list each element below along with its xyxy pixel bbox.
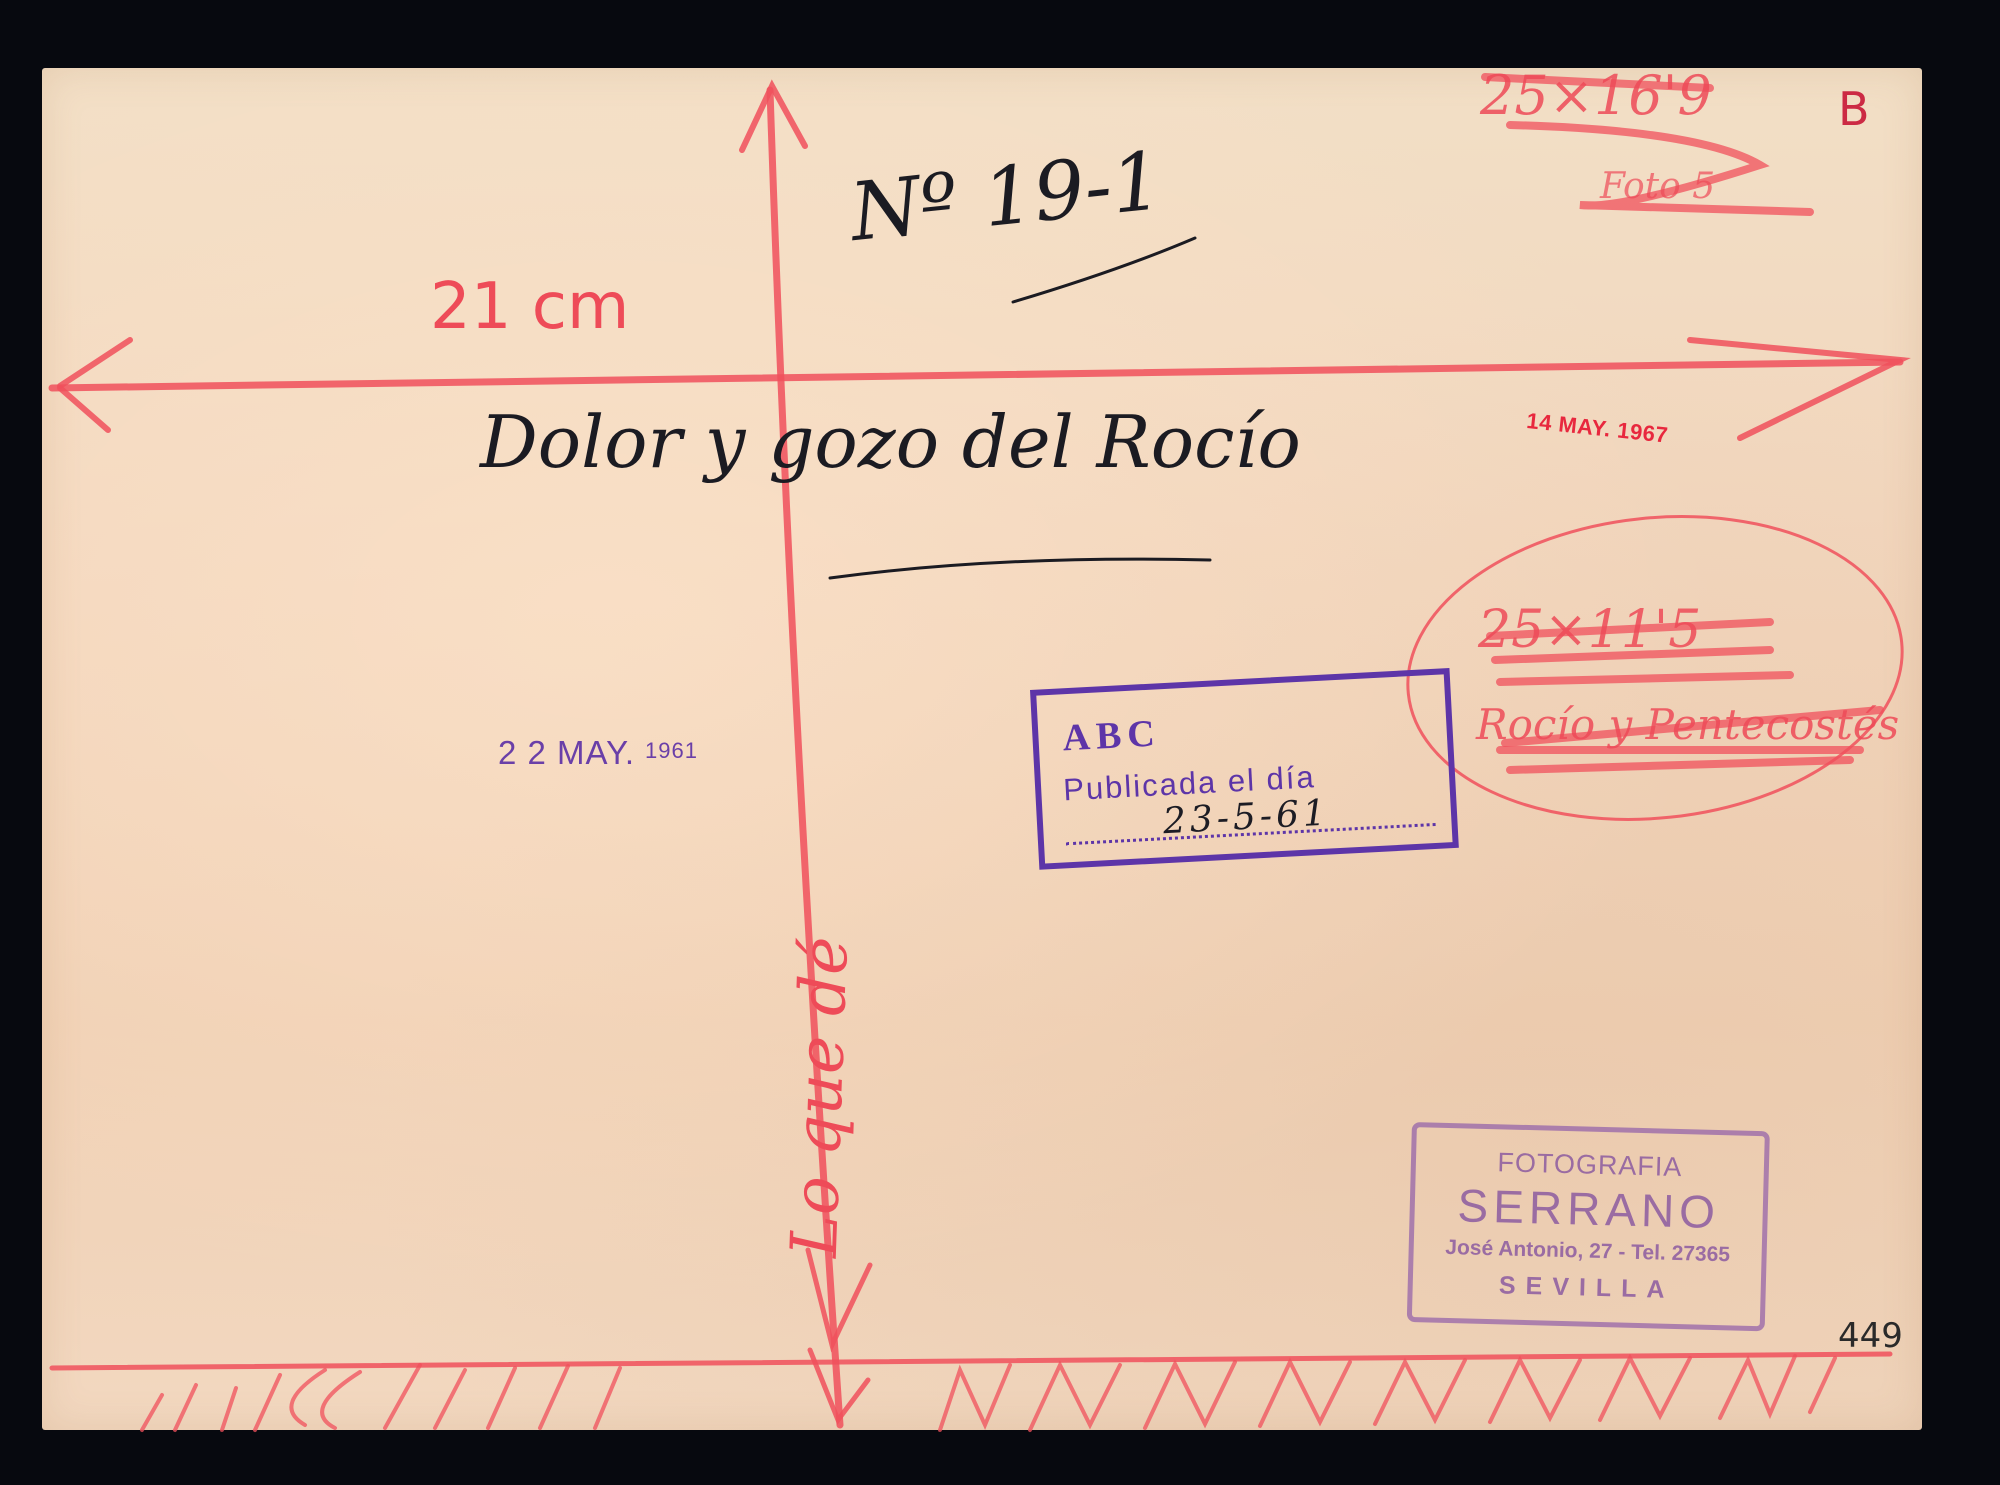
bottom-crop-line: [52, 1354, 1890, 1368]
serrano-stamp-line2: SERRANO: [1414, 1177, 1763, 1240]
serrano-stamp-line4: SEVILLA: [1412, 1269, 1761, 1307]
archive-number: 449: [1838, 1316, 1903, 1356]
red-circle: [1393, 493, 1918, 843]
vertical-label: Lo que dé: [778, 935, 863, 1258]
horizontal-arrow-line: [52, 362, 1900, 388]
ref-underline: [1013, 238, 1195, 302]
abc-publication-stamp: ABC Publicada el día 23-5-61: [1030, 668, 1459, 870]
struck-note-circle: Rocío y Pentecostés: [1476, 700, 1899, 749]
violet-date-day-month: 2 2 MAY.: [498, 734, 635, 771]
violet-date-year: 1961: [645, 738, 698, 763]
violet-date-stamp: 2 2 MAY.1961: [498, 734, 698, 772]
struck-size-top: 25×16'9: [1480, 64, 1712, 127]
struck-size-circle: 25×11'5: [1478, 600, 1701, 660]
serrano-photographer-stamp: FOTOGRAFIA SERRANO José Antonio, 27 - Te…: [1407, 1122, 1770, 1331]
handwritten-caption: Dolor y gozo del Rocío: [480, 400, 1301, 484]
corner-letter: B: [1838, 82, 1870, 136]
abc-stamp-title: ABC: [1061, 711, 1161, 760]
struck-note-top: Foto 5: [1600, 166, 1715, 207]
caption-underline: [830, 559, 1210, 578]
serrano-stamp-line3: José Antonio, 27 - Tel. 27365: [1413, 1235, 1762, 1268]
width-label: 21 cm: [430, 270, 629, 344]
